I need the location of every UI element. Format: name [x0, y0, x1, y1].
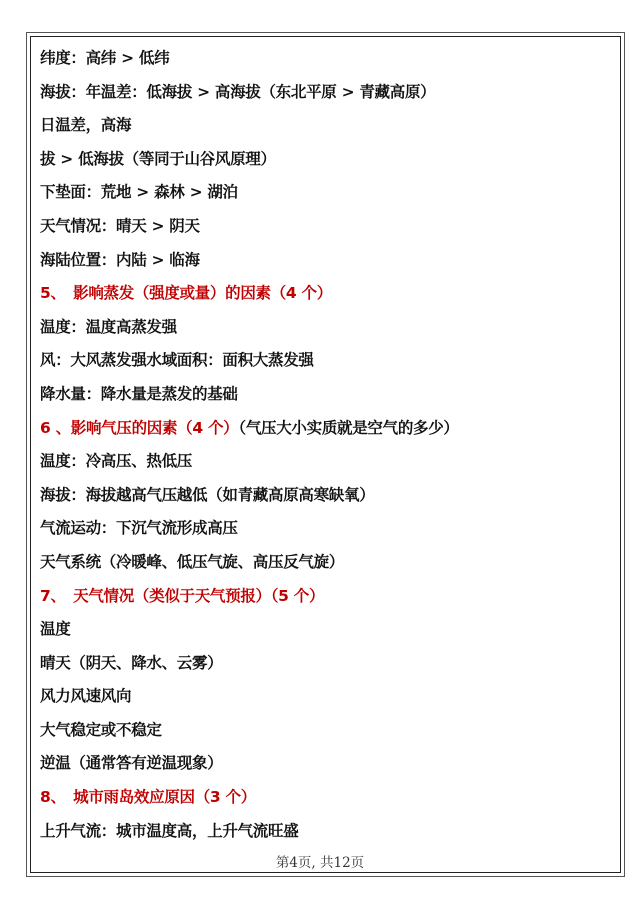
document-body: 纬度：高纬 > 低纬 海拔：年温差：低海拔 > 高海拔（东北平原 > 青藏高原）…	[40, 44, 610, 850]
line-pressure-altitude: 海拔：海拔越高气压越低（如青藏高原高寒缺氧）	[40, 481, 610, 515]
line-daily-range-cont: 拔 > 低海拔（等同于山谷风原理）	[40, 145, 610, 179]
line-altitude-annual-range: 海拔：年温差：低海拔 > 高海拔（东北平原 > 青藏高原）	[40, 78, 610, 112]
heading-pressure-note: （气压大小实质就是空气的多少）	[238, 419, 458, 437]
heading-weather-conditions: 7、 天气情况（类似于天气预报）（5 个）	[40, 582, 610, 616]
line-daily-range: 日温差，高海	[40, 111, 610, 145]
line-underlying-surface: 下垫面：荒地 > 森林 > 湖泊	[40, 178, 610, 212]
line-wc-temperature: 温度	[40, 615, 610, 649]
line-pressure-weather-system: 天气系统（冷暖峰、低压气旋、高压反气旋）	[40, 548, 610, 582]
line-land-sea: 海陆位置：内陆 > 临海	[40, 246, 610, 280]
line-wc-stability: 大气稳定或不稳定	[40, 716, 610, 750]
line-evap-wind-area: 风：大风蒸发强水域面积：面积大蒸发强	[40, 346, 610, 380]
line-wc-wind: 风力风速风向	[40, 682, 610, 716]
line-weather: 天气情况：晴天 > 阴天	[40, 212, 610, 246]
heading-pressure-title: 6 、影响气压的因素（4 个）	[40, 419, 238, 437]
line-evap-precipitation: 降水量：降水量是蒸发的基础	[40, 380, 610, 414]
line-wc-sunny: 晴天（阴天、降水、云雾）	[40, 649, 610, 683]
page-number: 第4页, 共12页	[0, 851, 640, 871]
line-pressure-temperature: 温度：冷高压、热低压	[40, 447, 610, 481]
line-pressure-airflow: 气流运动：下沉气流形成高压	[40, 514, 610, 548]
line-wc-inversion: 逆温（通常答有逆温现象）	[40, 749, 610, 783]
line-evap-temperature: 温度：温度高蒸发强	[40, 313, 610, 347]
line-rising-airflow: 上升气流：城市温度高，上升气流旺盛	[40, 817, 610, 851]
line-latitude: 纬度：高纬 > 低纬	[40, 44, 610, 78]
heading-pressure-factors: 6 、影响气压的因素（4 个）（气压大小实质就是空气的多少）	[40, 414, 610, 448]
heading-evaporation-factors: 5、 影响蒸发（强度或量）的因素（4 个）	[40, 279, 610, 313]
heading-urban-rain-island: 8、 城市雨岛效应原因（3 个）	[40, 783, 610, 817]
